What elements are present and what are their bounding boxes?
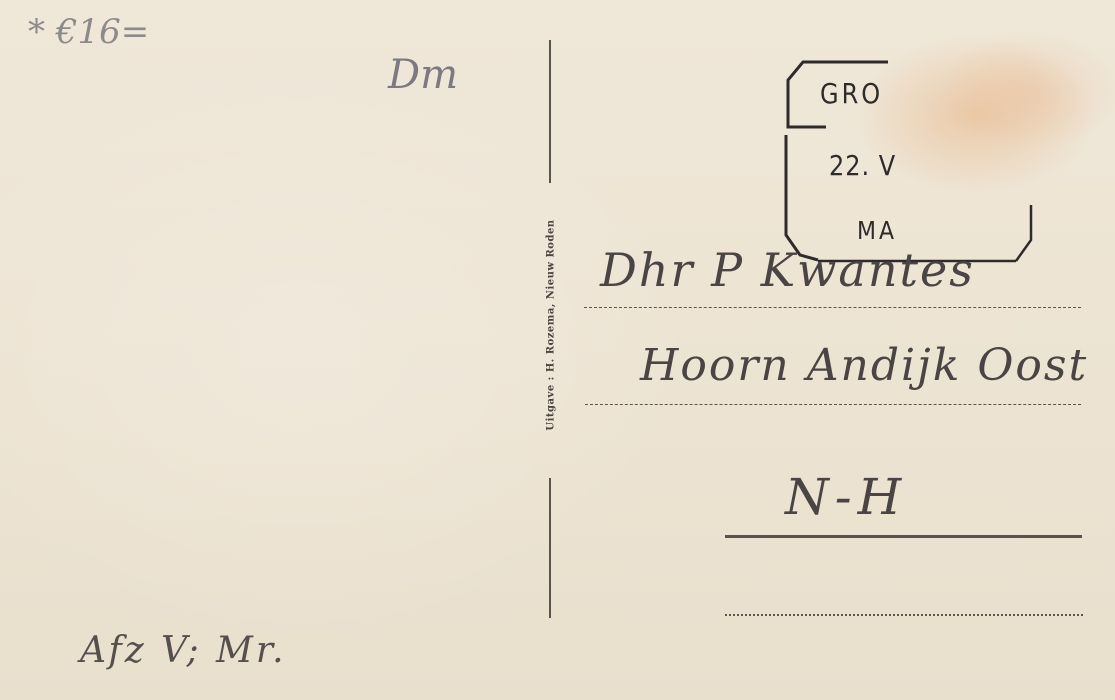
postmark-time: MA bbox=[857, 217, 897, 246]
address-line-3 bbox=[725, 535, 1082, 538]
publisher-imprint: Uitgave : H. Rozema, Nieuw Roden bbox=[546, 219, 557, 430]
pencil-initials: Dm bbox=[388, 52, 458, 98]
divider-line-bottom bbox=[549, 478, 551, 618]
postmark-date: 22. V bbox=[829, 150, 896, 182]
postmark-place: GRO bbox=[820, 78, 883, 110]
address-line-2 bbox=[585, 404, 1081, 405]
sender-note: Afz V; Mr. bbox=[80, 630, 287, 671]
address-name: Dhr P Kwantes bbox=[600, 243, 975, 297]
pencil-price-note: * €16= bbox=[28, 12, 149, 52]
postmark-frame bbox=[778, 55, 1043, 270]
address-town: Hoorn Andijk Oost bbox=[640, 340, 1088, 391]
divider-line-top bbox=[549, 40, 551, 183]
address-line-1 bbox=[584, 307, 1081, 308]
postcard-back: * €16= Dm Uitgave : H. Rozema, Nieuw Rod… bbox=[0, 0, 1115, 700]
address-province: N-H bbox=[785, 468, 907, 526]
address-line-4 bbox=[725, 614, 1083, 616]
